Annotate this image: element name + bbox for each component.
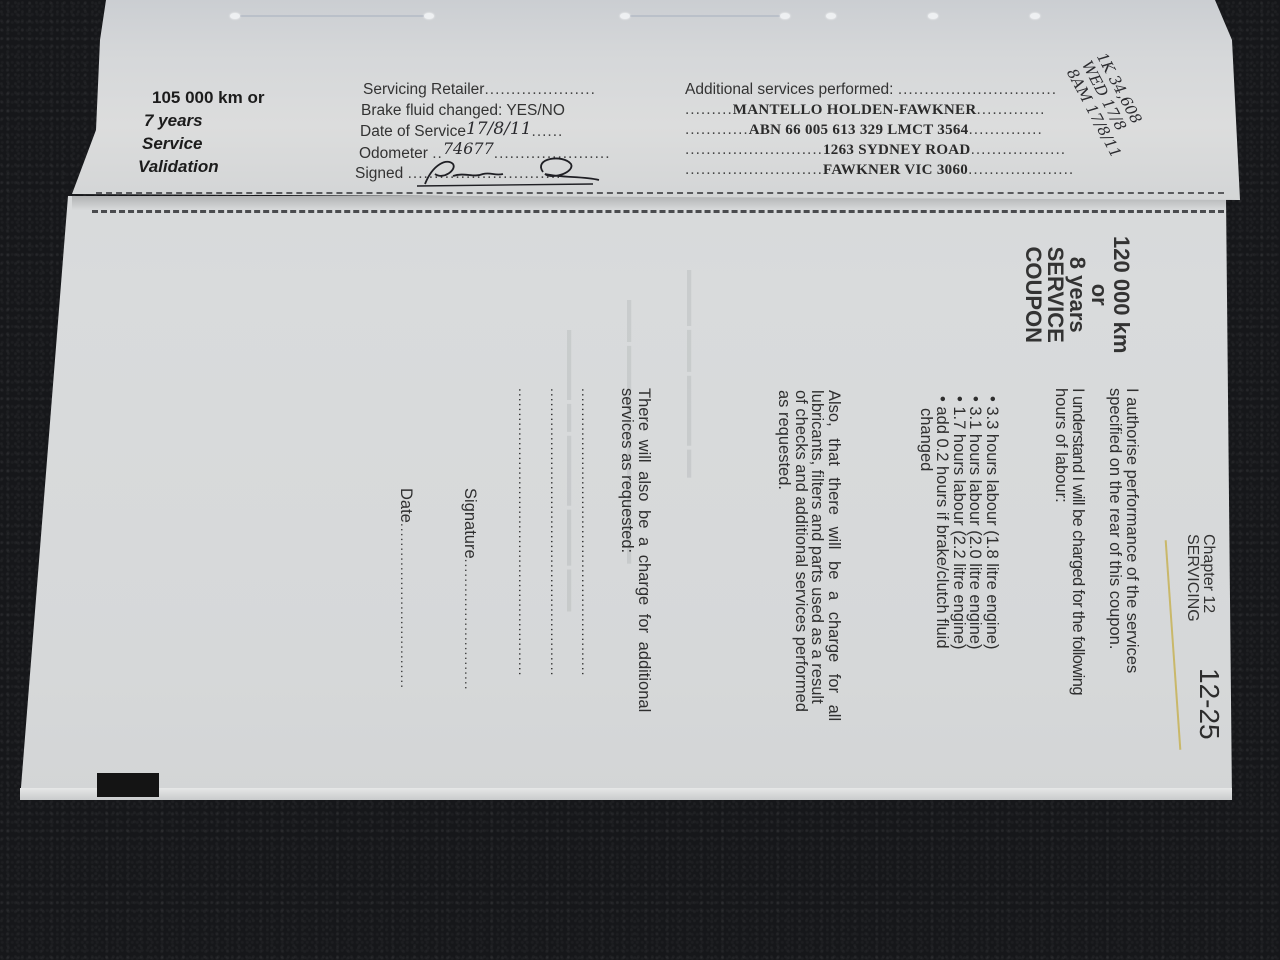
coupon-title: 120 000 km or 8 years SERVICE COUPON (1022, 236, 1132, 353)
text-line: lubricants, filters and parts used as a … (809, 390, 826, 721)
text-line: I understand I will be charged for the f… (1070, 388, 1087, 695)
text-line: There will also be a charge for addition… (636, 388, 653, 712)
stub-title-line: 7 years (138, 109, 264, 132)
labour-item: • 3.3 hours labour (1.8 litre engine) (984, 396, 1001, 649)
stitch-thread (240, 15, 428, 17)
text-line: as requested. (776, 390, 793, 721)
dealer-stamp-line: ............ABN 66 005 613 329 LMCT 3564… (685, 120, 1074, 140)
blank-line-1[interactable]: ........................................… (577, 388, 595, 677)
date-field[interactable]: Date.................................. (398, 488, 415, 689)
brake-fluid-field[interactable]: Brake fluid changed: YES/NO (355, 101, 611, 122)
coupon-title-line: 8 years (1066, 236, 1088, 353)
text-line: specified on the rear of this coupon. (1107, 388, 1124, 673)
section-label: SERVICING (1184, 534, 1200, 622)
blank-line-2[interactable]: ........................................… (546, 388, 564, 677)
chapter-label: Chapter 12 (1200, 534, 1216, 622)
labour-item: • add 0.2 hours if brake/clutch fluid (934, 396, 951, 649)
coupon-title-line: or (1088, 236, 1110, 353)
coupon-title-line: SERVICE (1044, 236, 1066, 353)
understand-text: I understand I will be charged for the f… (1053, 388, 1086, 695)
stub-title-line: Service (138, 132, 264, 155)
text-line: hours of labour: (1053, 388, 1070, 695)
labour-item: changed (918, 396, 935, 649)
text-line: Also, that there will be a charge for al… (826, 390, 843, 721)
dealer-stamp-line: .........MANTELLO HOLDEN-FAWKNER........… (685, 100, 1074, 120)
staple-hole (780, 13, 790, 19)
text-line: services as requested: (619, 388, 636, 712)
staple-hole (826, 13, 836, 19)
staple-hole (230, 13, 240, 19)
stub-title-line: 105 000 km or (138, 86, 264, 109)
date-of-service-value: 17/8/11 (466, 119, 532, 139)
chapter-header: Chapter 12 SERVICING (1184, 534, 1216, 622)
stitch-thread (625, 15, 785, 17)
signature-scribble-icon (413, 154, 603, 188)
labour-item: • 1.7 hours labour (2.2 litre engine) (951, 396, 968, 649)
stub-title-line: Validation (138, 155, 264, 178)
coupon-title-line: 120 000 km (1110, 236, 1132, 353)
staple-hole (424, 13, 434, 19)
also-text: Also, that there will be a charge for al… (776, 390, 842, 721)
blank-line-3[interactable]: ........................................… (514, 388, 532, 677)
additional-charge-text: There will also be a charge for addition… (619, 388, 652, 712)
stub-fields: Servicing Retailer..................... … (355, 80, 611, 185)
black-tab-marker (97, 773, 159, 797)
staple-hole (928, 13, 938, 19)
authorise-text: I authorise performance of the services … (1107, 388, 1140, 673)
stub-title: 105 000 km or 7 years Service Validation (138, 86, 264, 178)
page-edge (20, 788, 1232, 800)
staple-hole (620, 13, 630, 19)
perforation-line (92, 210, 1224, 213)
additional-services-field[interactable]: Additional services performed: .........… (685, 80, 1074, 100)
signature-label: Signature (461, 488, 479, 559)
servicing-retailer-field[interactable]: Servicing Retailer..................... (355, 80, 611, 101)
page-number: 12-25 (1193, 668, 1225, 740)
coupon-title-line: COUPON (1022, 236, 1044, 353)
signature-field[interactable]: Signature........................... (462, 488, 479, 691)
additional-services-block: Additional services performed: .........… (685, 80, 1074, 180)
date-label: Date (397, 488, 415, 523)
text-line: of checks and additional services perfor… (793, 390, 810, 721)
text-line: I authorise performance of the services (1124, 388, 1141, 673)
reverse-show-through: ▬▬▬▬ ▬▬▬ ▬▬▬▬▬ ▬▬ (684, 270, 700, 478)
dealer-stamp-line: ..........................1263 SYDNEY RO… (685, 140, 1074, 160)
labour-list: • 3.3 hours labour (1.8 litre engine) • … (918, 396, 1001, 649)
dealer-stamp-line: ..........................FAWKNER VIC 30… (685, 160, 1074, 180)
signed-field[interactable]: Signed ............................. (355, 164, 611, 185)
stub-perforation (96, 192, 1224, 194)
staple-hole (1030, 13, 1040, 19)
labour-item: • 3.1 hours labour (2.0 litre engine) (967, 396, 984, 649)
